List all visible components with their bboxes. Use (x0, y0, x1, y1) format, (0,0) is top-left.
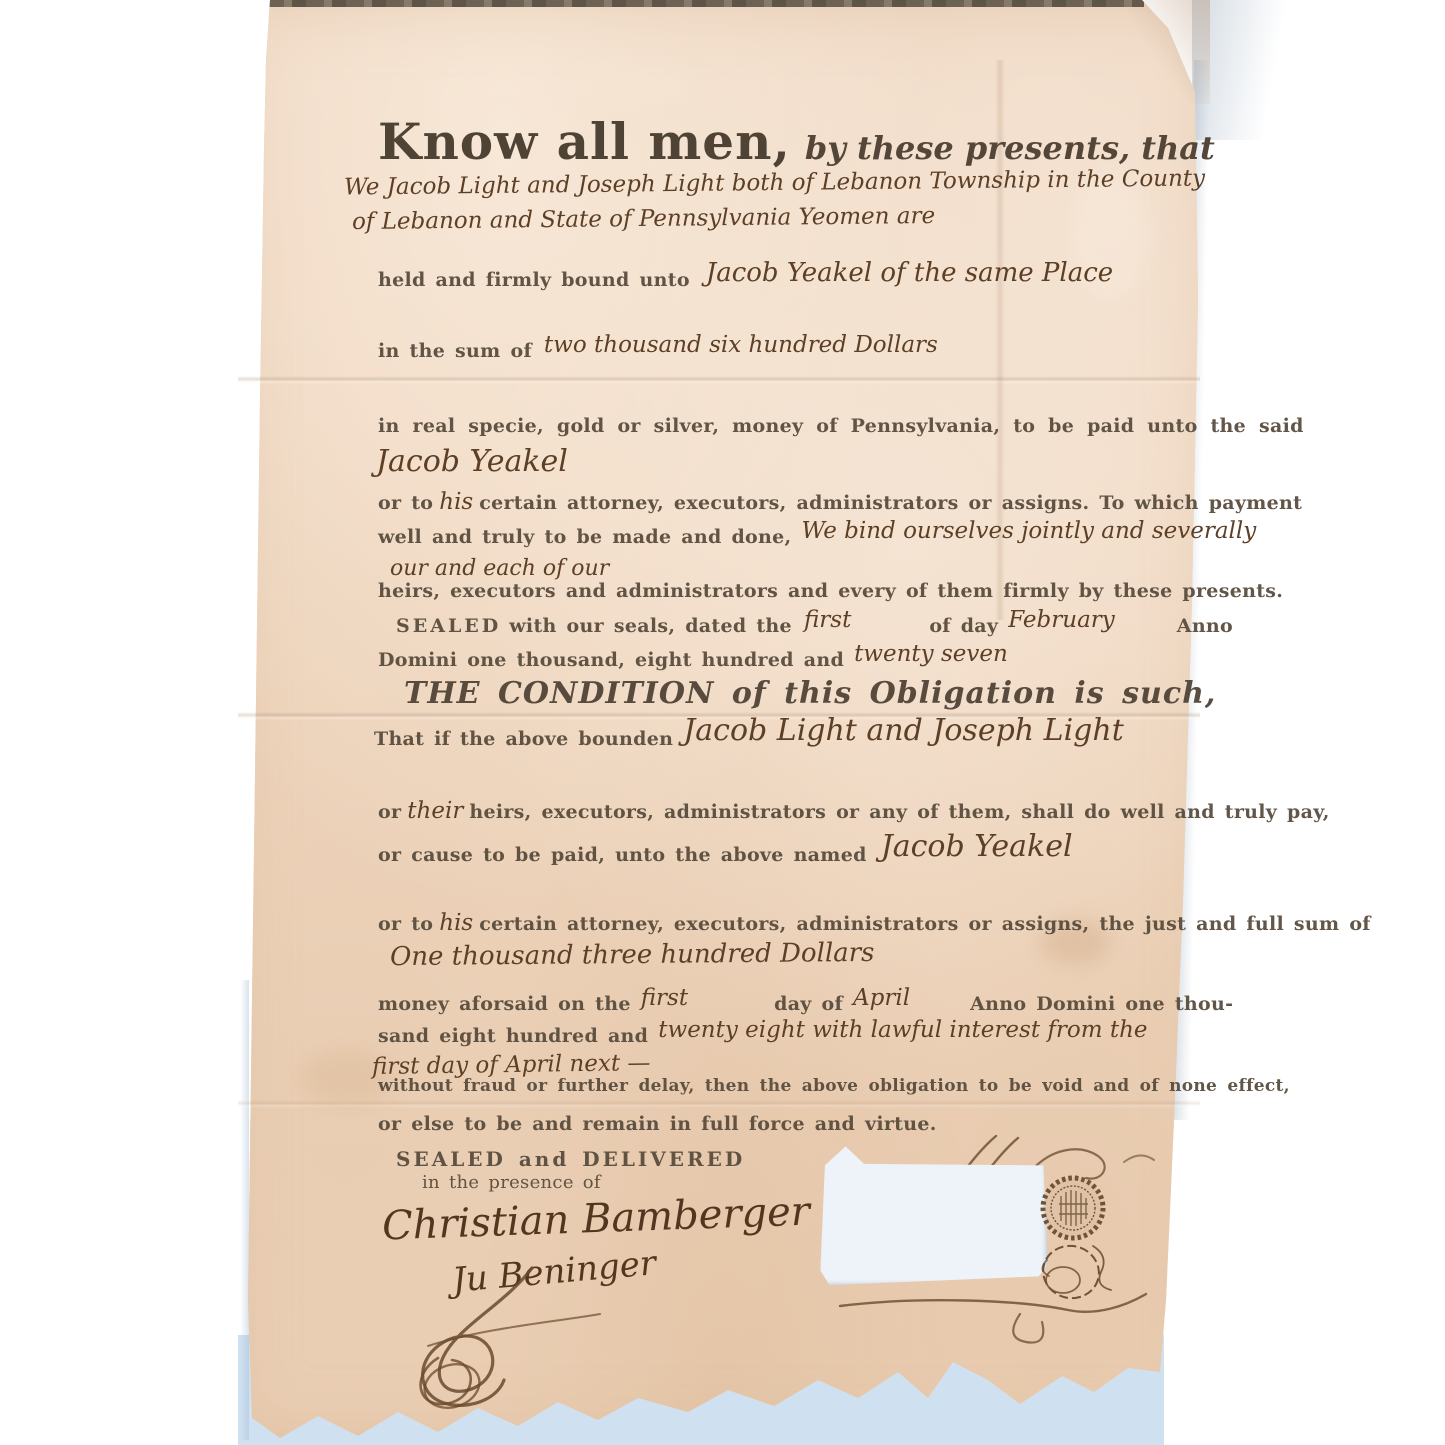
handwritten-text: Jacob Yeakel of the same Place (706, 258, 1113, 288)
money-line: money aforsaid on the first day of April… (378, 990, 1233, 1016)
sand-line: sand eight hundred and twenty eight with… (378, 1022, 1148, 1048)
printed-text: well and truly to be made and done, (378, 526, 791, 548)
printed-text: money aforsaid on the (378, 993, 631, 1015)
handwritten-text: his (439, 910, 473, 936)
handwritten-text: One thousand three hundred Dollars (390, 938, 875, 972)
title-main-text: Know all men, (378, 112, 791, 171)
printed-text: day of (774, 993, 843, 1015)
domini-line: Domini one thousand, eight hundred and t… (378, 646, 1008, 672)
their-heirs-line: or their heirs, executors, administrator… (378, 798, 1330, 824)
handwritten-text: first (804, 607, 851, 633)
torn-top-edge (266, 0, 1144, 7)
signature-text: Christian Bamberger (381, 1189, 810, 1250)
handwritten-text: our and each of our (390, 556, 609, 581)
printed-text: That if the above bounden (374, 728, 673, 750)
handwritten-text: Jacob Light and Joseph Light (683, 713, 1124, 748)
printed-text: or to (378, 492, 433, 514)
paper-edge-shadow-left (240, 980, 249, 1440)
handwritten-text: twenty seven (854, 641, 1008, 667)
bound-line: held and firmly bound unto Jacob Yeakel … (378, 263, 1113, 293)
handwritten-text: first (641, 985, 688, 1011)
cause-line: or cause to be paid, unto the above name… (378, 834, 1073, 869)
stain (560, 60, 700, 110)
printed-text: SEALED and DELIVERED (396, 1147, 745, 1171)
printed-text: Domini one thousand, eight hundred and (378, 649, 844, 671)
fold-crease (238, 1100, 1200, 1108)
printed-text: heirs, executors and administrators and … (378, 580, 1283, 602)
condition-heading-text: THE CONDITION of this Obligation is such… (404, 676, 1216, 711)
printed-text: held and firmly bound unto (378, 269, 690, 291)
attorney2-line: or to his certain attorney, executors, a… (378, 910, 1371, 936)
fold-crease (238, 376, 1200, 384)
printed-text: of day (929, 615, 998, 637)
handwritten-text: February (1008, 607, 1115, 633)
handwritten-text: twenty eight with lawful interest from t… (658, 1017, 1147, 1043)
handwritten-text: their (407, 798, 463, 824)
printed-text: in the presence of (422, 1172, 601, 1193)
condition-heading: THE CONDITION of this Obligation is such… (404, 676, 1216, 711)
specie-line: in real specie, gold or silver, money of… (378, 415, 1304, 437)
printed-text: or cause to be paid, unto the above name… (378, 844, 867, 866)
attorney-line: or to his certain attorney, executors, a… (378, 489, 1302, 515)
printed-text: heirs, executors, administrators or any … (469, 801, 1329, 823)
printed-text: Anno Domini one thou- (970, 993, 1233, 1015)
printed-text: certain attorney, executors, administrat… (479, 913, 1371, 935)
handwritten-text: Jacob Yeakel (376, 444, 568, 479)
bounden-line: That if the above bounden Jacob Light an… (374, 718, 1124, 753)
notary-seal-stamp (1033, 1174, 1123, 1314)
printed-text: with our seals, dated the (509, 615, 792, 637)
sealed-delivered-line: SEALED and DELIVERED (396, 1147, 745, 1171)
printed-text: or (378, 801, 401, 823)
handwritten-text: April (853, 985, 910, 1011)
printed-text: certain attorney, executors, administrat… (479, 492, 1302, 514)
corner-fold (1128, 0, 1210, 104)
printed-text: without fraud or further delay, then the… (378, 1076, 1290, 1096)
printed-text: or else to be and remain in full force a… (378, 1113, 937, 1135)
heirs-line: heirs, executors and administrators and … (378, 580, 1283, 602)
printed-text: in real specie, gold or silver, money of… (378, 415, 1304, 437)
payee-line: Jacob Yeakel (376, 444, 568, 479)
sealed-date-line: SEALED with our seals, dated the first o… (396, 612, 1233, 638)
sum-line: in the sum of two thousand six hundred D… (378, 337, 938, 363)
handwritten-text: We bind ourselves jointly and severally (801, 518, 1256, 544)
handwritten-text: his (439, 489, 473, 515)
presence-line: in the presence of (422, 1172, 601, 1193)
payment-line: well and truly to be made and done, We b… (378, 523, 1256, 549)
document-title: Know all men, by these presents, that (378, 112, 1215, 171)
signature-flourish (404, 1262, 644, 1422)
handwritten-text: Jacob Yeakel (881, 829, 1073, 864)
document-scan: Know all men, by these presents, that We… (0, 0, 1445, 1445)
witness-signature-1: Christian Bamberger (382, 1196, 810, 1242)
sum2-line: One thousand three hundred Dollars (390, 938, 875, 972)
printed-text: sand eight hundred and (378, 1025, 648, 1047)
fraud-line: without fraud or further delay, then the… (378, 1076, 1290, 1096)
printed-text: in the sum of (378, 340, 532, 362)
printed-text: SEALED (396, 615, 501, 637)
handwritten-text: two thousand six hundred Dollars (544, 332, 938, 358)
printed-text: Anno (1177, 615, 1233, 637)
force-line: or else to be and remain in full force a… (378, 1113, 937, 1135)
each-of-our-line: our and each of our (390, 556, 609, 581)
title-rest-text: by these presents, that (805, 129, 1215, 167)
printed-text: or to (378, 913, 433, 935)
